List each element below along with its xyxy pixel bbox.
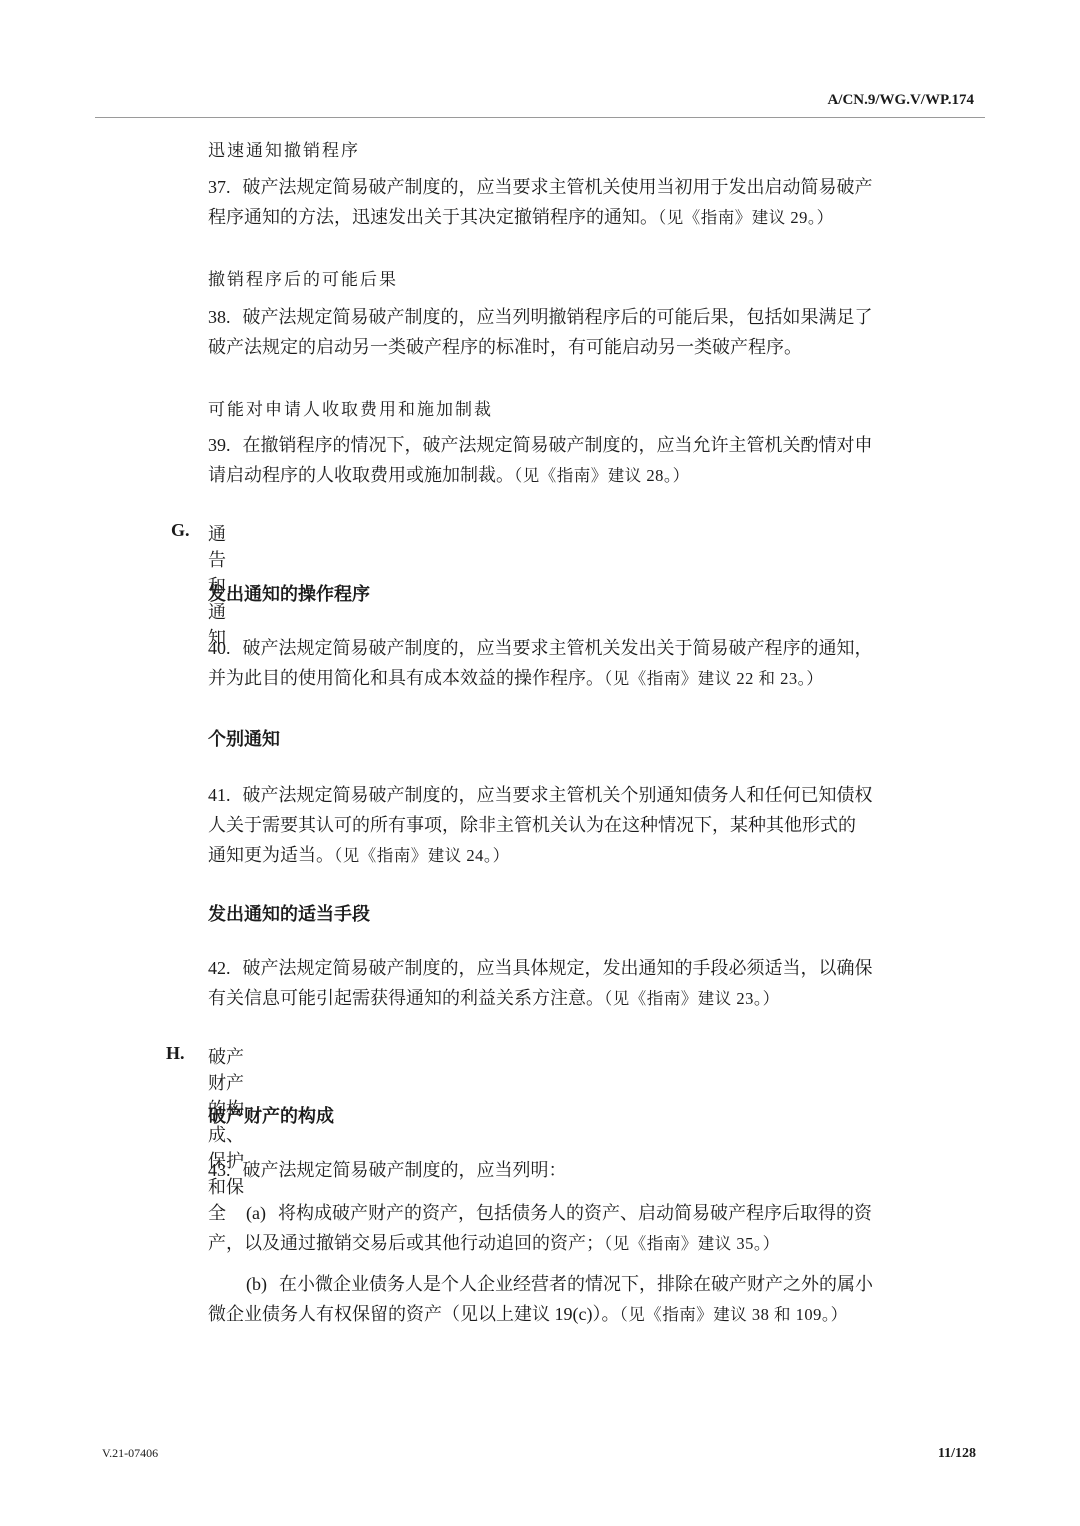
paragraph-43: 43.破产法规定简易破产制度的，应当列明： — [208, 1155, 873, 1185]
item-label: (a) — [246, 1203, 266, 1223]
paragraph-37: 37.破产法规定简易破产制度的，应当要求主管机关使用当初用于发出启动简易破产程序… — [208, 172, 873, 233]
paragraph-number: 43. — [208, 1160, 231, 1180]
page-number: 11/128 — [938, 1446, 976, 1462]
list-item-b: (b)在小微企业债务人是个人企业经营者的情况下，排除在破产财产之外的属小微企业债… — [208, 1269, 873, 1330]
subheading-42: 发出通知的适当手段 — [208, 900, 370, 926]
paragraph-42: 42.破产法规定简易破产制度的，应当具体规定，发出通知的手段必须适当，以确保有关… — [208, 953, 873, 1014]
subheading-40: 发出通知的操作程序 — [208, 580, 370, 606]
item-label: (b) — [246, 1274, 267, 1294]
guide-reference: （见《指南》建议 23。） — [604, 989, 780, 1008]
subheading-38: 撤销程序后的可能后果 — [208, 265, 398, 290]
paragraph-number: 40. — [208, 638, 231, 658]
paragraph-number: 38. — [208, 307, 231, 327]
guide-reference: （见《指南》建议 35。） — [604, 1234, 780, 1253]
paragraph-number: 37. — [208, 177, 231, 197]
section-letter: H. — [166, 1043, 185, 1064]
guide-reference: （见《指南》建议 38 和 109。） — [619, 1305, 847, 1324]
paragraph-text: 破产法规定简易破产制度的，应当要求主管机关个别通知债务人和任何已知债权人关于需要… — [208, 785, 873, 865]
document-symbol: A/CN.9/WG.V/WP.174 — [827, 92, 974, 109]
paragraph-number: 39. — [208, 435, 231, 455]
subheading-39: 可能对申请人收取费用和施加制裁 — [208, 395, 493, 420]
subheading-43: 破产财产的构成 — [208, 1102, 334, 1128]
guide-reference: （见《指南》建议 28。） — [514, 466, 690, 485]
subheading-41: 个别通知 — [208, 725, 280, 751]
list-item-a: (a)将构成破产财产的资产，包括债务人的资产、启动简易破产程序后取得的资产，以及… — [208, 1198, 873, 1259]
paragraph-text: 破产法规定简易破产制度的，应当列明： — [243, 1160, 567, 1180]
guide-reference: （见《指南》建议 29。） — [658, 208, 834, 227]
paragraph-number: 41. — [208, 785, 231, 805]
subheading-37: 迅速通知撤销程序 — [208, 136, 360, 161]
section-letter: G. — [171, 520, 190, 541]
job-number: V.21-07406 — [102, 1446, 158, 1461]
header-rule — [95, 117, 985, 118]
paragraph-number: 42. — [208, 958, 231, 978]
guide-reference: （见《指南》建议 24。） — [334, 846, 510, 865]
guide-reference: （见《指南》建议 22 和 23。） — [604, 669, 823, 688]
paragraph-40: 40.破产法规定简易破产制度的，应当要求主管机关发出关于简易破产程序的通知，并为… — [208, 633, 873, 694]
paragraph-39: 39.在撤销程序的情况下，破产法规定简易破产制度的，应当允许主管机关酌情对申请启… — [208, 430, 873, 491]
paragraph-text: 破产法规定简易破产制度的，应当列明撤销程序后的可能后果，包括如果满足了破产法规定… — [208, 307, 873, 357]
paragraph-41: 41.破产法规定简易破产制度的，应当要求主管机关个别通知债务人和任何已知债权人关… — [208, 780, 873, 871]
paragraph-38: 38.破产法规定简易破产制度的，应当列明撤销程序后的可能后果，包括如果满足了破产… — [208, 302, 873, 362]
